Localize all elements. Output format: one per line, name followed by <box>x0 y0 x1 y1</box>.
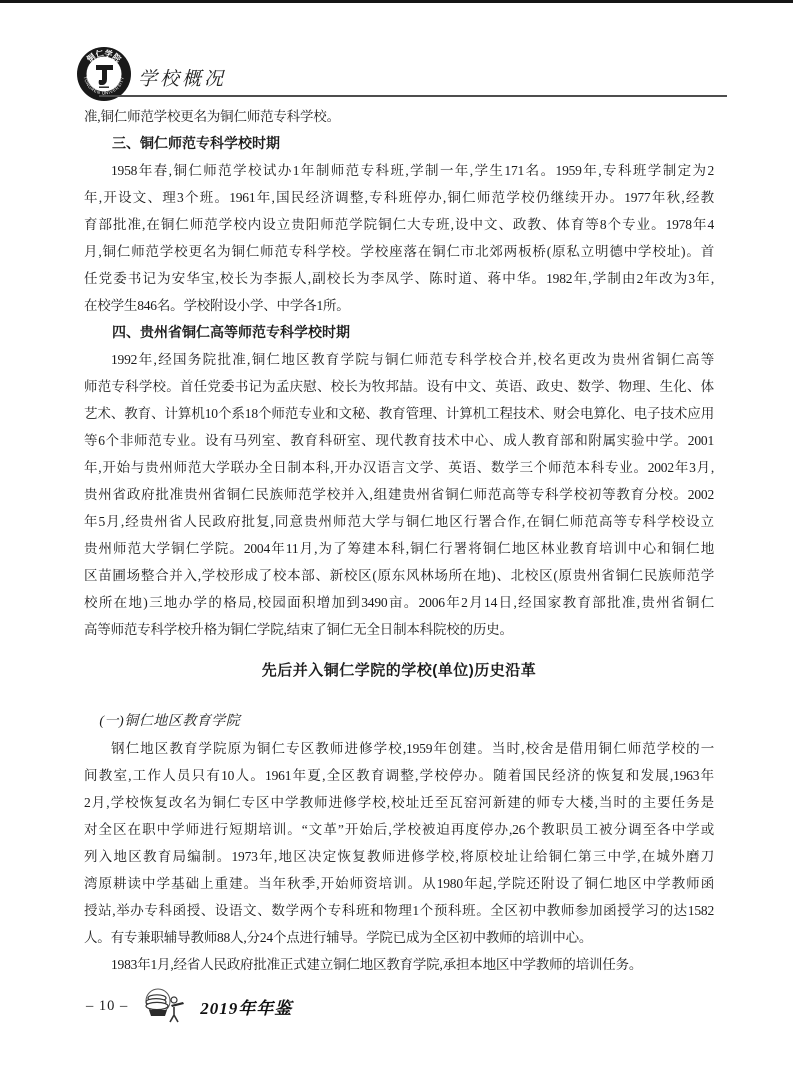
text-line: 校所在地)三地办学的格局,校园面积增加到3490亩。2006年2月14日,经国家… <box>84 589 714 616</box>
text-line: 区苗圃场整合并入,学校形成了校本部、新校区(原东风林场所在地)、北校区(原贵州省… <box>84 562 714 589</box>
page-number: – 10 – <box>86 998 128 1015</box>
text-line: 湾原耕读中学基础上重建。当年秋季,开始师资培训。从1980年起,学院还附设了铜仁… <box>84 870 714 897</box>
page-footer: – 10 – 2019年年鉴 <box>86 986 292 1026</box>
text-line: 师范专科学校。首任党委书记为孟庆慰、校长为牧邦喆。设有中文、英语、政史、数学、物… <box>84 373 714 400</box>
text-line: 1992年,经国务院批准,铜仁地区教育学院与铜仁师范专科学校合并,校名更改为贵州… <box>84 346 714 373</box>
text-line: 授站,举办专科函授、设语文、数学两个专科班和物理1个预科班。全区初中教师参加函授… <box>84 897 714 924</box>
subsection-heading: (一)铜仁地区教育学院 <box>84 708 714 735</box>
text-line: 间教室,工作人员只有10人。1961年夏,全区教育调整,学校停办。随着国民经济的… <box>84 762 714 789</box>
text-line: 1983年1月,经省人民政府批准正式建立铜仁地区教育学院,承担本地区中学教师的培… <box>84 951 714 978</box>
text-line: 年5月,经贵州省人民政府批复,同意贵州师范大学与铜仁地区行署合作,在铜仁师范高等… <box>84 508 714 535</box>
text-line: 在校学生846名。学校附设小学、中学各1所。 <box>84 292 714 319</box>
text-line: 准,铜仁师范学校更名为铜仁师范专科学校。 <box>84 103 714 130</box>
text-line: 育部批准,在铜仁师范学校内设立贵阳师范学院铜仁大专班,设中文、政教、体育等8个专… <box>84 211 714 238</box>
text-line: 艺术、教育、计算机10个系18个师范专业和文秘、教育管理、计算机工程技术、财会电… <box>84 400 714 427</box>
tongren-university-seal-icon: 铜仁学院 TONGREN UNIVERSITY <box>76 46 132 102</box>
page-top-edge-bar <box>0 0 793 3</box>
centered-title: 先后并入铜仁学院的学校(单位)历史沿革 <box>84 657 714 684</box>
books-and-reader-icon <box>141 987 187 1025</box>
text-line: 人。有专兼职辅导教师88人,分24个点进行辅导。学院已成为全区初中教师的培训中心… <box>84 924 714 951</box>
text-line: 高等师范专科学校升格为铜仁学院,结束了铜仁无全日制本科院校的历史。 <box>84 616 714 643</box>
section-heading: 三、铜仁师范专科学校时期 <box>84 130 714 157</box>
text-line: 等6个非师范专业。设有马列室、教育科研室、现代教育技术中心、成人教育部和附属实验… <box>84 427 714 454</box>
text-line: 年,开始与贵州师范大学联办全日制本科,开办汉语言文学、英语、数学三个师范本科专业… <box>84 454 714 481</box>
text-line: 贵州省政府批准贵州省铜仁民族师范学校并入,组建贵州省铜仁师范高等专科学校初等教育… <box>84 481 714 508</box>
section-header-label: 学校概况 <box>138 64 226 91</box>
document-body: 准,铜仁师范学校更名为铜仁师范专科学校。三、铜仁师范专科学校时期1958年春,铜… <box>84 103 714 978</box>
text-line: 2月,学校恢复改名为铜仁专区中学教师进修学校,校址迁至瓦窑河新建的师专大楼,当时… <box>84 789 714 816</box>
section-heading: 四、贵州省铜仁高等师范专科学校时期 <box>84 319 714 346</box>
text-line: 1958年春,铜仁师范学校试办1年制师范专科班,学制一年,学生171名。1959… <box>84 157 714 184</box>
yearbook-title: 2019年年鉴 <box>200 994 292 1019</box>
header-rule <box>99 95 727 97</box>
text-line: 月,铜仁师范学校更名为铜仁师范专科学校。学校座落在铜仁市北郊两板桥(原私立明德中… <box>84 238 714 265</box>
text-line: 贵州师范大学铜仁学院。2004年11月,为了筹建本科,铜仁行署将铜仁地区林业教育… <box>84 535 714 562</box>
text-line: 对全区在职中学师进行短期培训。“文革”开始后,学校被迫再度停办,26个教职员工被… <box>84 816 714 843</box>
text-line: 任党委书记为安华宝,校长为李振人,副校长为李凤学、陈时道、蒋中华。1982年,学… <box>84 265 714 292</box>
text-line: 列入地区教育局编制。1973年,地区决定恢复教师进修学校,将原校址让给铜仁第三中… <box>84 843 714 870</box>
yearbook-page: 铜仁学院 TONGREN UNIVERSITY 学校概况 准,铜仁师范学校更名为… <box>0 0 793 1077</box>
text-line: 年,开设文、理3个班。1961年,国民经济调整,专科班停办,铜仁师范学校仍继续开… <box>84 184 714 211</box>
text-line: 钢仁地区教育学院原为铜仁专区教师进修学校,1959年创建。当时,校舍是借用铜仁师… <box>84 735 714 762</box>
